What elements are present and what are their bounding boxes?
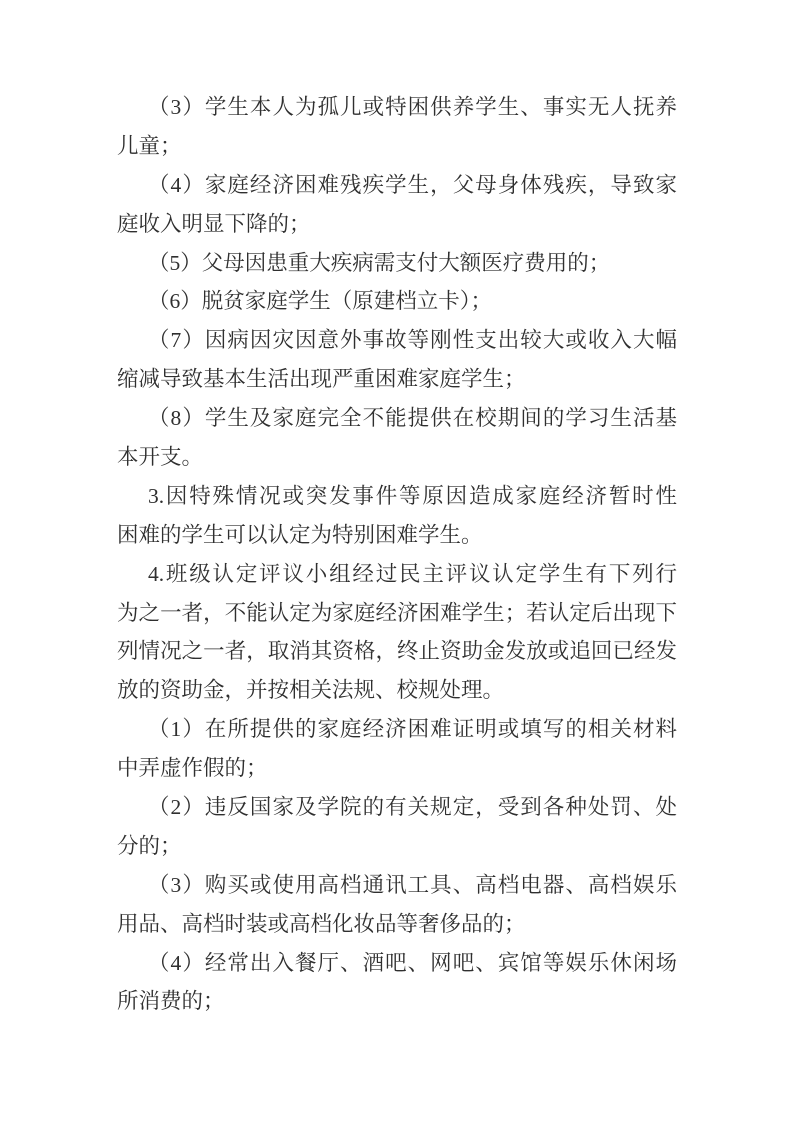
text-line: 庭收入明显下降的； bbox=[117, 205, 677, 244]
text-line: 列情况之一者，取消其资格，终止资助金发放或追回已经发 bbox=[117, 632, 677, 671]
text-line: 为之一者，不能认定为家庭经济困难学生；若认定后出现下 bbox=[117, 594, 677, 633]
text-line: （5）父母因患重大疾病需支付大额医疗费用的； bbox=[117, 244, 677, 283]
paragraph: （1）在所提供的家庭经济困难证明或填写的相关材料中弄虚作假的； bbox=[117, 710, 677, 788]
text-line: 困难的学生可以认定为特别困难学生。 bbox=[117, 516, 677, 555]
document-page: （3）学生本人为孤儿或特困供养学生、事实无人抚养儿童；（4）家庭经济困难残疾学生… bbox=[0, 0, 793, 1122]
text-line: （8）学生及家庭完全不能提供在校期间的学习生活基 bbox=[117, 399, 677, 438]
text-line: （4）家庭经济困难残疾学生，父母身体残疾，导致家 bbox=[117, 166, 677, 205]
paragraph: （7）因病因灾因意外事故等刚性支出较大或收入大幅缩减导致基本生活出现严重困难家庭… bbox=[117, 321, 677, 399]
text-line: 4.班级认定评议小组经过民主评议认定学生有下列行 bbox=[117, 555, 677, 594]
text-line: （2）违反国家及学院的有关规定，受到各种处罚、处 bbox=[117, 788, 677, 827]
text-line: 放的资助金，并按相关法规、校规处理。 bbox=[117, 671, 677, 710]
text-line: 中弄虚作假的； bbox=[117, 749, 677, 788]
text-line: 儿童； bbox=[117, 127, 677, 166]
paragraph: （8）学生及家庭完全不能提供在校期间的学习生活基本开支。 bbox=[117, 399, 677, 477]
text-line: 用品、高档时装或高档化妆品等奢侈品的； bbox=[117, 905, 677, 944]
text-line: （7）因病因灾因意外事故等刚性支出较大或收入大幅 bbox=[117, 321, 677, 360]
text-line: （6）脱贫家庭学生（原建档立卡）； bbox=[117, 282, 677, 321]
text-line: 所消费的； bbox=[117, 982, 677, 1021]
text-line: （3）购买或使用高档通讯工具、高档电器、高档娱乐 bbox=[117, 866, 677, 905]
text-line: 分的； bbox=[117, 827, 677, 866]
text-line: （1）在所提供的家庭经济困难证明或填写的相关材料 bbox=[117, 710, 677, 749]
document-body: （3）学生本人为孤儿或特困供养学生、事实无人抚养儿童；（4）家庭经济困难残疾学生… bbox=[117, 88, 677, 1021]
paragraph: （3）学生本人为孤儿或特困供养学生、事实无人抚养儿童； bbox=[117, 88, 677, 166]
text-line: （3）学生本人为孤儿或特困供养学生、事实无人抚养 bbox=[117, 88, 677, 127]
paragraph: （4）经常出入餐厅、酒吧、网吧、宾馆等娱乐休闲场所消费的； bbox=[117, 944, 677, 1022]
text-line: 缩减导致基本生活出现严重困难家庭学生； bbox=[117, 360, 677, 399]
paragraph: 3.因特殊情况或突发事件等原因造成家庭经济暂时性困难的学生可以认定为特别困难学生… bbox=[117, 477, 677, 555]
paragraph: （4）家庭经济困难残疾学生，父母身体残疾，导致家庭收入明显下降的； bbox=[117, 166, 677, 244]
paragraph: （2）违反国家及学院的有关规定，受到各种处罚、处分的； bbox=[117, 788, 677, 866]
paragraph: 4.班级认定评议小组经过民主评议认定学生有下列行为之一者，不能认定为家庭经济困难… bbox=[117, 555, 677, 711]
paragraph: （5）父母因患重大疾病需支付大额医疗费用的； bbox=[117, 244, 677, 283]
text-line: 3.因特殊情况或突发事件等原因造成家庭经济暂时性 bbox=[117, 477, 677, 516]
text-line: 本开支。 bbox=[117, 438, 677, 477]
paragraph: （3）购买或使用高档通讯工具、高档电器、高档娱乐用品、高档时装或高档化妆品等奢侈… bbox=[117, 866, 677, 944]
text-line: （4）经常出入餐厅、酒吧、网吧、宾馆等娱乐休闲场 bbox=[117, 944, 677, 983]
paragraph: （6）脱贫家庭学生（原建档立卡）； bbox=[117, 282, 677, 321]
